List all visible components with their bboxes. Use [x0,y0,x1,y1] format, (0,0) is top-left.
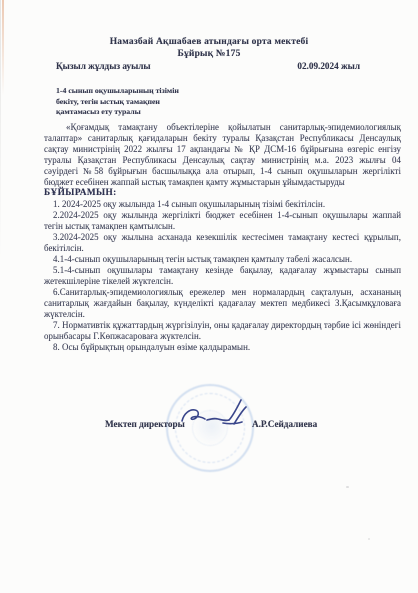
order-number: Бұйрық №175 [0,48,418,60]
order-item-1: 1. 2024-2025 оқу жылында 1-4 сынып оқушы… [44,199,401,210]
document-header: Намазбай Ақшабаев атындағы орта мектебі … [0,36,418,60]
order-item-5: 5.1-4-сынып оқушылары тамақтану кезінде … [44,265,401,287]
order-item-2: 2.2024-2025 оқу жылында жергілікті бюдже… [44,210,401,232]
scan-speck [346,486,349,488]
order-item-4: 4.1-4-сынып оқушыларының тегін ыстық там… [44,254,401,265]
school-name: Намазбай Ақшабаев атындағы орта мектебі [0,36,418,48]
place-date-row: Қызыл жұлдыз ауылы 02.09.2024 жыл [0,61,418,73]
scanned-order-page: Намазбай Ақшабаев атындағы орта мектебі … [0,0,418,593]
subject-line: бекіту, тегін ыстық тамақпен [56,97,226,108]
subject-line: қамтамасыз ету туралы [56,107,226,118]
order-body: «Қоғамдық тамақтану объектілеріне қойыла… [44,122,401,353]
scan-speck [368,538,370,540]
signature-row: Мектеп директоры А.Р.Сейдалиева [0,419,418,433]
date-label: 02.09.2024 жыл [297,61,360,71]
subject-line: 1-4 сынып оқушыларының тізімін [56,86,226,97]
preamble-paragraph: «Қоғамдық тамақтану объектілеріне қойыла… [44,122,401,188]
signer-role: Мектеп директоры [105,419,185,429]
order-subject: 1-4 сынып оқушыларының тізімін бекіту, т… [56,86,226,118]
place-label: Қызыл жұлдыз ауылы [56,61,151,71]
order-item-6: 6.Санитарлық-эпидемиологиялық ережелер м… [44,287,401,320]
order-item-3: 3.2024-2025 оқу жылына асханада кезекшіл… [44,232,401,254]
order-item-7: 7. Нормативтік құжаттардың жүргізілуін, … [44,320,401,342]
resolution-heading: БҰЙЫРАМЫН: [44,188,401,199]
order-item-8: 8. Осы бұйрықтың орындалуын өзіме қалдыр… [44,342,401,353]
signer-name: А.Р.Сейдалиева [252,419,317,429]
